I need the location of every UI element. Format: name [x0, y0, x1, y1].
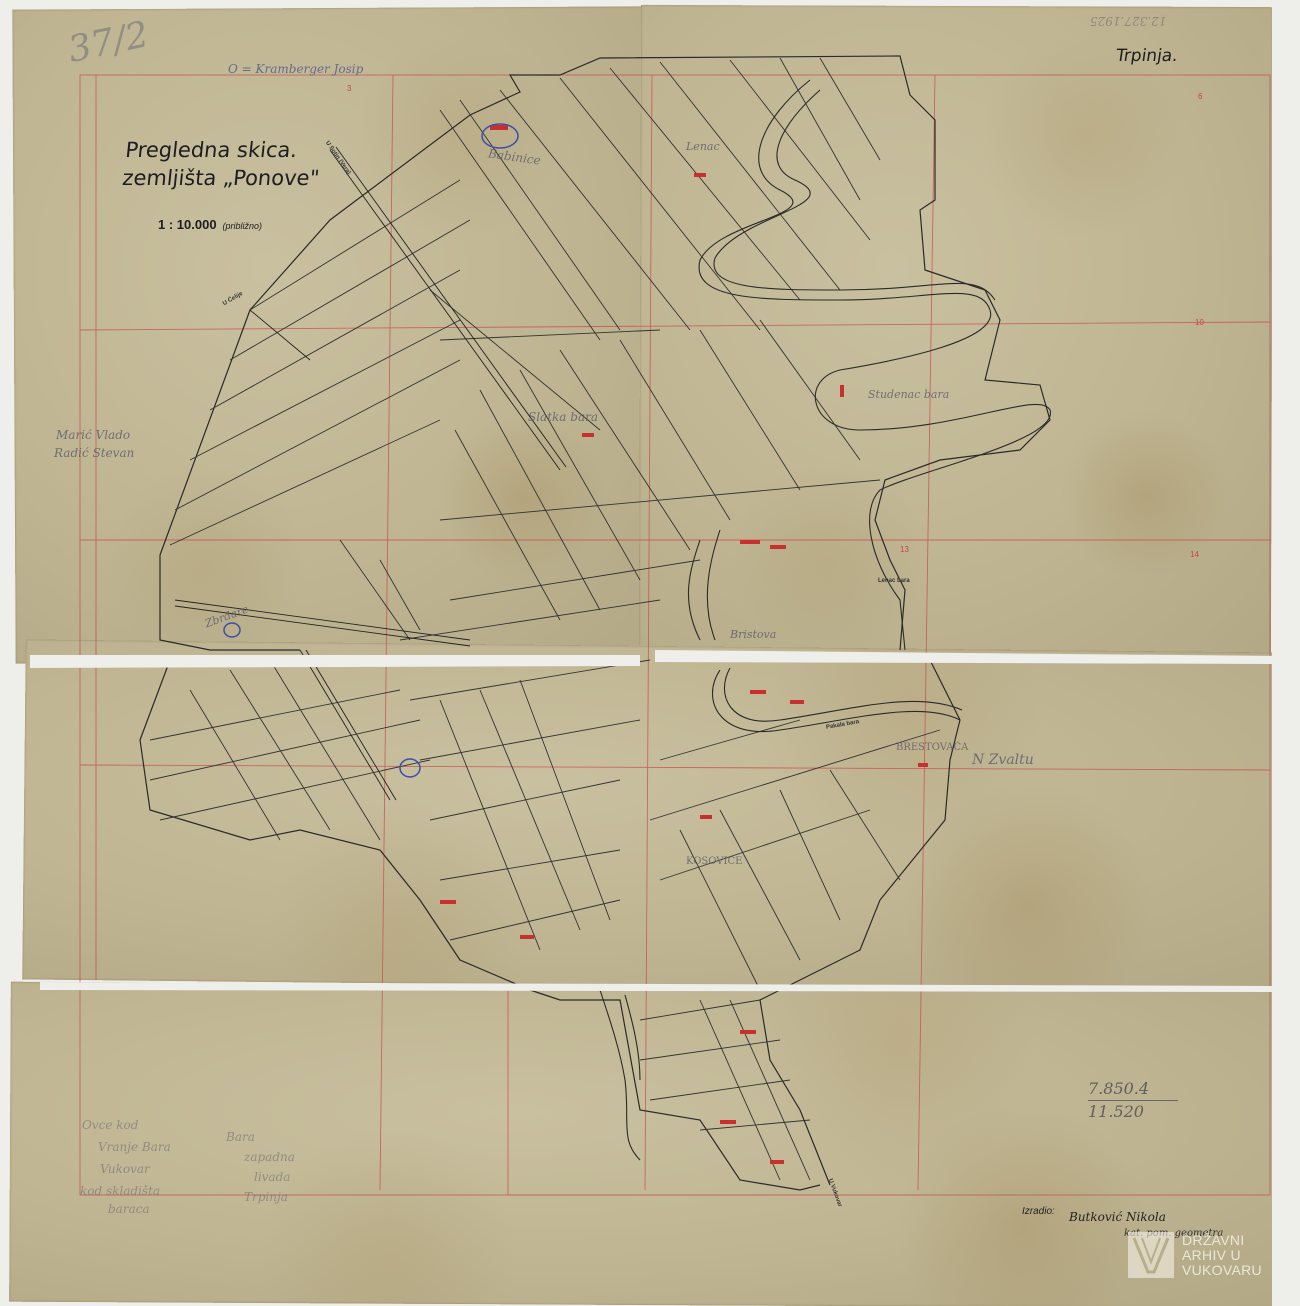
map-title: Pregledna skica. zemljišta „Ponove": [121, 136, 324, 192]
grid-number: 6: [1198, 92, 1202, 101]
scale-note: (približno): [223, 221, 263, 231]
label-kosovice: KOSOVICE: [686, 856, 742, 867]
scale-value: 1 : 10.000: [158, 217, 217, 232]
bottom-left-note-1: Ovce kod: [82, 1118, 138, 1132]
archive-watermark: DRŽAVNI ARHIV U VUKOVARU: [1128, 1232, 1262, 1278]
label-left-note-1: Marić Vlado: [56, 428, 130, 442]
top-right-note: 12.327.1925: [1090, 14, 1166, 28]
area-sum-top: 7.850.4: [1088, 1080, 1178, 1098]
bottom-mid-note-4: Trpinja: [244, 1190, 288, 1204]
sum-divider: [1088, 1100, 1178, 1101]
grid-number: 13: [900, 545, 909, 554]
watermark-line-1: DRŽAVNI: [1182, 1233, 1262, 1248]
area-sum-bottom: 11.520: [1088, 1103, 1178, 1121]
label-lenac: Lenac: [686, 140, 720, 153]
title-line-2: zemljišta „Ponove": [121, 164, 321, 192]
grid-number: 3: [347, 84, 351, 93]
archive-logo-icon: [1128, 1232, 1174, 1278]
lenac-bara-label: Lenac bara: [878, 578, 910, 584]
watermark-line-3: VUKOVARU: [1182, 1263, 1262, 1278]
watermark-text: DRŽAVNI ARHIV U VUKOVARU: [1182, 1233, 1262, 1278]
prepared-by-label: Izradio:: [1022, 1206, 1055, 1217]
scanned-map-sheet: 37/2 O = Kramberger Josip 12.327.1925 3 …: [0, 0, 1300, 1306]
label-n-zvaltu: N Zvaltu: [972, 752, 1034, 768]
grid-number: 14: [1190, 550, 1199, 559]
place-name: Trpinja.: [1115, 46, 1180, 66]
owner-note: O = Kramberger Josip: [228, 62, 363, 76]
bottom-left-note-2: Vranje Bara: [98, 1140, 171, 1154]
watermark-line-2: ARHIV U: [1182, 1248, 1262, 1263]
label-studenac-bara: Studenac bara: [868, 388, 949, 401]
bottom-mid-note-1: Bara: [226, 1130, 255, 1144]
bottom-mid-note-2: zapadna: [244, 1150, 295, 1164]
label-bristova: Bristova: [730, 628, 776, 641]
grid-number: 10: [1195, 318, 1204, 327]
label-brestovaca: BRESTOVAČA: [896, 742, 968, 753]
area-sum: 7.850.4 11.520: [1088, 1080, 1178, 1121]
bottom-mid-note-3: livada: [254, 1170, 290, 1184]
label-left-note-2: Radić Stevan: [54, 446, 134, 460]
map-scale: 1 : 10.000(približno): [158, 217, 262, 232]
bottom-left-note-3: Vukovar: [100, 1162, 150, 1176]
prepared-by-name: Butković Nikola: [1069, 1210, 1166, 1224]
label-slatka-bara: Slatka bara: [528, 410, 598, 424]
bottom-left-note-5: baraca: [108, 1202, 150, 1216]
title-line-1: Pregledna skica.: [124, 136, 324, 164]
bottom-left-note-4: kod skladišta: [80, 1184, 160, 1198]
